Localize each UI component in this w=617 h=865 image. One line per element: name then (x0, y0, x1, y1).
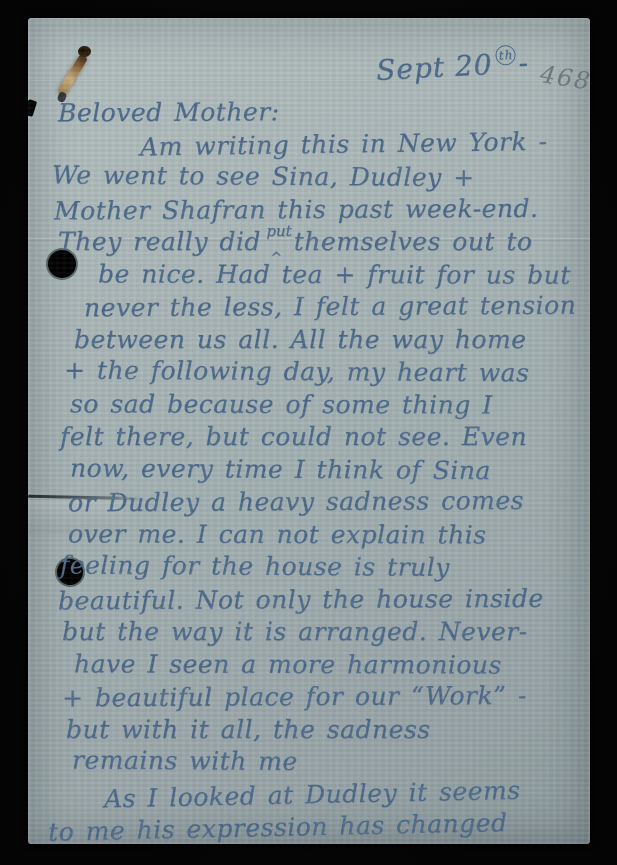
date-line: Sept 20th- (375, 44, 530, 87)
fold-crease-top (28, 80, 590, 83)
edge-notch (24, 99, 38, 117)
inserted-word-marker: put^ (272, 240, 282, 250)
letter-line: be nice. Had tea + fruit for us but (44, 258, 586, 292)
letter-line: now, every time I think of Sina (44, 452, 586, 488)
rust-stain (54, 44, 100, 102)
letter-line: but the way it is arranged. Never- (44, 616, 586, 649)
stain-streak (56, 53, 88, 97)
letter-line: feeling for the house is truly (44, 549, 586, 585)
letter-line: + beautiful place for our “Work” - (44, 680, 586, 715)
letter-line: or Dudley a heavy sadness comes (44, 485, 586, 520)
date-ordinal-circled: th (495, 45, 516, 66)
letter-line: but with it all, the sadness (44, 714, 586, 747)
letter-line: We went to see Sina, Dudley + (44, 159, 586, 195)
letter-line: over me. I can not explain this (44, 518, 586, 552)
line-text: themselves out to (282, 227, 532, 256)
letter-lines: Beloved Mother:Am writing this in New Yo… (44, 96, 586, 844)
photo-background: Sept 20th- 468 Beloved Mother:Am writing… (0, 0, 617, 865)
catalog-number-pencil: 468 (538, 60, 594, 96)
letter-line: have I seen a more harmonious (44, 648, 586, 682)
date-dash: - (518, 46, 530, 80)
letter-line: beautiful. Not only the house inside (44, 582, 586, 617)
line-text: They really did (58, 227, 272, 256)
letter-line: Beloved Mother: (44, 95, 586, 130)
letter-line: Am writing this in New York - (44, 125, 586, 165)
letter-line: Mother Shafran this past week-end. (44, 192, 586, 227)
stain-blob (78, 46, 91, 57)
letter-line: + the following day, my heart was (44, 354, 586, 390)
letter-line: They really did put^ themselves out to (44, 226, 586, 259)
date-text: Sept 20 (375, 48, 493, 87)
letter-line: felt there, but could not see. Even (44, 421, 586, 454)
letter-line: between us all. All the way home (44, 324, 586, 357)
letter-line: never the less, I felt a great tension (44, 290, 586, 325)
letter-page: Sept 20th- 468 Beloved Mother:Am writing… (28, 18, 590, 844)
letter-line: so sad because of some thing I (44, 388, 586, 422)
